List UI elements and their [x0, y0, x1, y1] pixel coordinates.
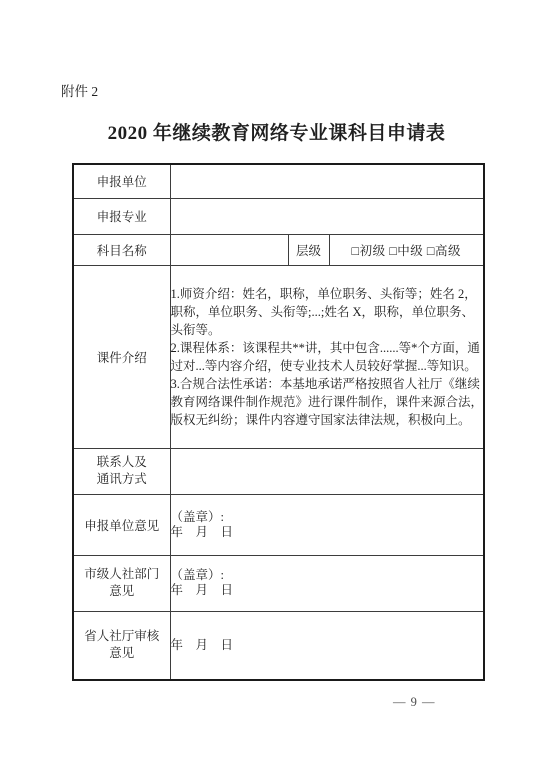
field-applying-unit — [170, 164, 484, 198]
label-contact-line1: 联系人及 — [74, 454, 170, 471]
city-hr-sign-area: （盖章）: 年 月 日 — [170, 555, 484, 611]
label-contact-info: 联系人及 通讯方式 — [73, 448, 170, 494]
label-level: 层级 — [288, 234, 329, 265]
unit-opinion-sign-area: （盖章）: 年 月 日 — [170, 494, 484, 555]
unit-opinion-date-label: 年 月 日 — [171, 525, 484, 540]
field-subject-name — [170, 234, 288, 265]
attachment-label: 附件 2 — [61, 84, 98, 99]
label-province-hr-line1: 省人社厅审核 — [74, 628, 170, 645]
province-hr-date-label: 年 月 日 — [171, 638, 484, 653]
label-courseware-intro: 课件介绍 — [73, 265, 170, 448]
label-contact-line2: 通讯方式 — [74, 471, 170, 488]
courseware-paragraph-curriculum: 2.课程体系：该课程共**讲，其中包含......等*个方面，通过对...等内容… — [171, 339, 484, 375]
label-province-hr-line2: 意见 — [74, 645, 170, 662]
city-hr-date-label: 年 月 日 — [171, 583, 484, 598]
row-subject-name: 科目名称 层级 □初级 □中级 □高级 — [73, 234, 484, 265]
courseware-intro-text: 1.师资介绍：姓名，职称，单位职务、头衔等；姓名 2，职称，单位职务、头衔等;.… — [170, 265, 484, 448]
row-applying-major: 申报专业 — [73, 198, 484, 234]
row-contact-info: 联系人及 通讯方式 — [73, 448, 484, 494]
row-courseware-intro: 课件介绍 1.师资介绍：姓名，职称，单位职务、头衔等；姓名 2，职称，单位职务、… — [73, 265, 484, 448]
row-province-hr-opinion: 省人社厅审核 意见 年 月 日 — [73, 611, 484, 680]
application-form-table: 申报单位 申报专业 科目名称 层级 □初级 □中级 □高级 课件介绍 1.师资介… — [72, 163, 485, 681]
label-city-hr-line1: 市级人社部门 — [74, 566, 170, 583]
row-unit-opinion: 申报单位意见 （盖章）: 年 月 日 — [73, 494, 484, 555]
label-applying-unit: 申报单位 — [73, 164, 170, 198]
courseware-paragraph-compliance: 3.合规合法性承诺：本基地承诺严格按照省人社厅《继续教育网络课件制作规范》进行课… — [171, 375, 484, 429]
field-applying-major — [170, 198, 484, 234]
province-hr-sign-area: 年 月 日 — [170, 611, 484, 680]
label-applying-major: 申报专业 — [73, 198, 170, 234]
row-city-hr-opinion: 市级人社部门 意见 （盖章）: 年 月 日 — [73, 555, 484, 611]
unit-opinion-seal-label: （盖章）: — [171, 510, 484, 525]
page-title: 2020 年继续教育网络专业课科目申请表 — [0, 118, 553, 145]
row-applying-unit: 申报单位 — [73, 164, 484, 198]
city-hr-seal-label: （盖章）: — [171, 568, 484, 583]
courseware-paragraph-teachers: 1.师资介绍：姓名，职称，单位职务、头衔等；姓名 2，职称，单位职务、头衔等;.… — [171, 285, 484, 339]
label-city-hr-line2: 意见 — [74, 583, 170, 600]
level-checkbox-group: □初级 □中级 □高级 — [329, 234, 484, 265]
label-unit-opinion: 申报单位意见 — [73, 494, 170, 555]
document-page: 附件 2 2020 年继续教育网络专业课科目申请表 申报单位 申报专业 科目名称… — [0, 0, 553, 783]
field-contact-info — [170, 448, 484, 494]
page-number: — 9 — — [393, 695, 436, 710]
label-city-hr-opinion: 市级人社部门 意见 — [73, 555, 170, 611]
label-province-hr-opinion: 省人社厅审核 意见 — [73, 611, 170, 680]
label-subject-name: 科目名称 — [73, 234, 170, 265]
